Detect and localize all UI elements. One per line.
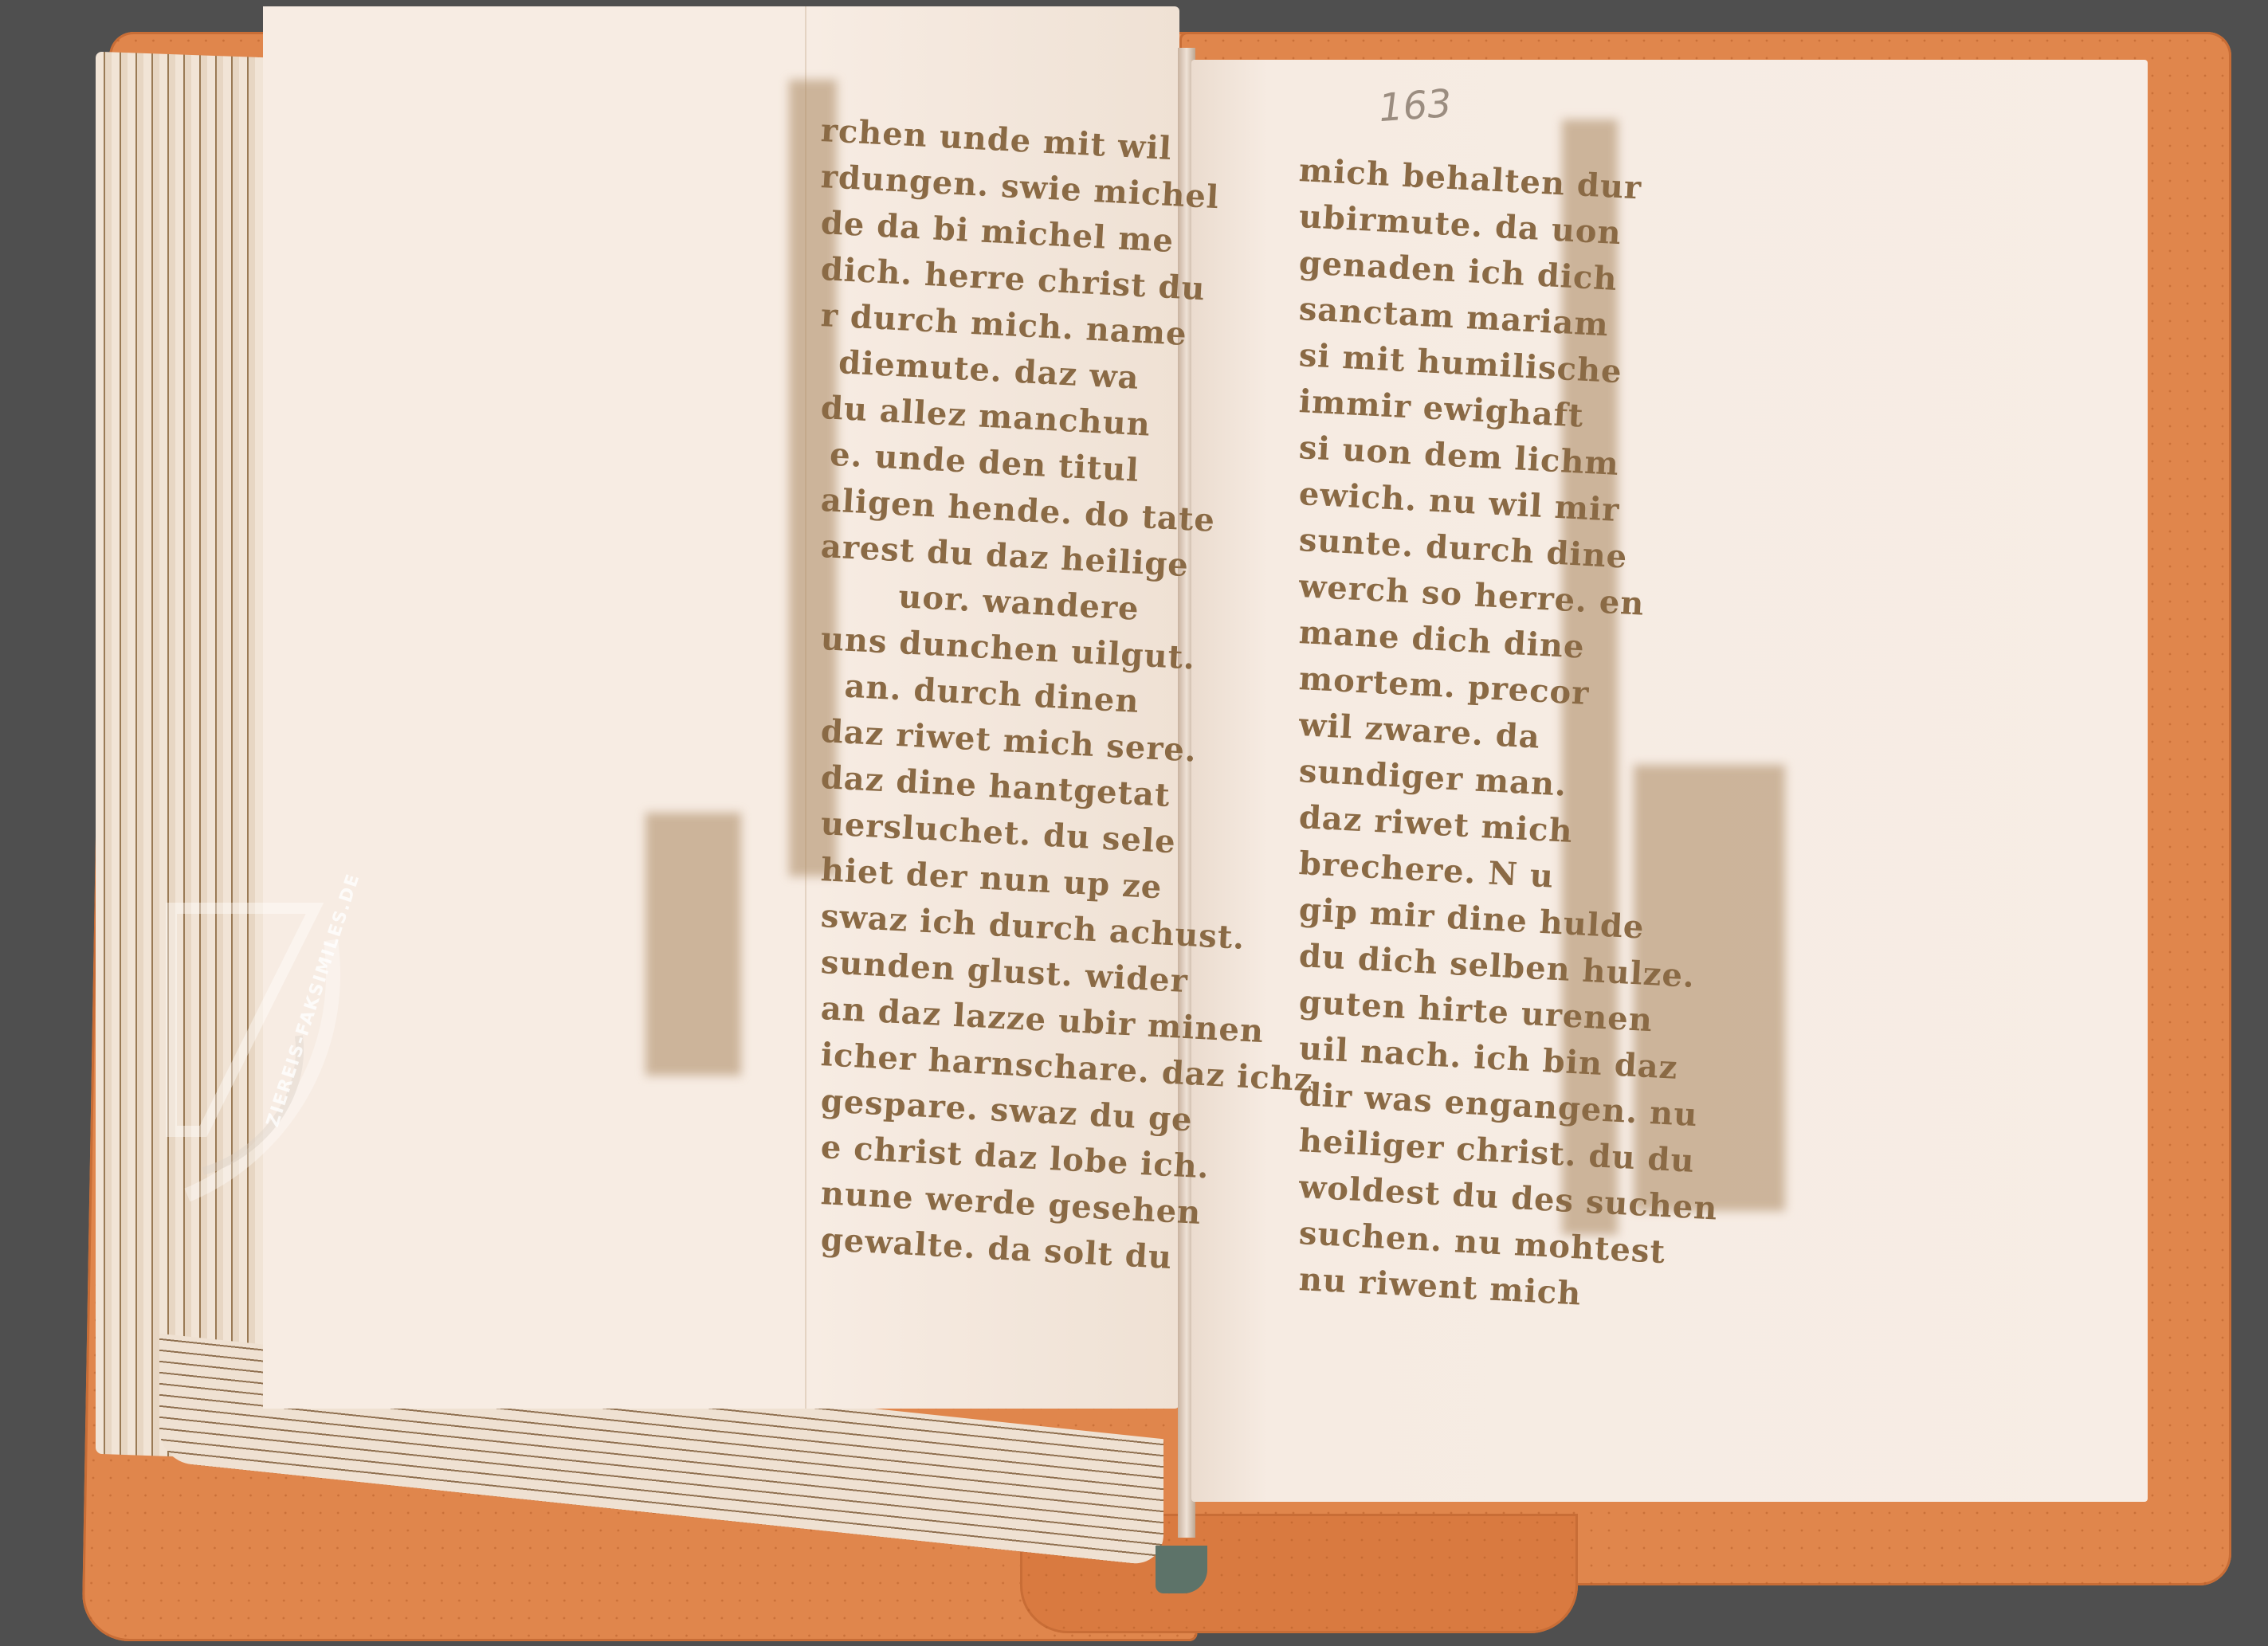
ziereis-logo-icon <box>155 892 379 1227</box>
right-page-text: mich behalten dur ubirmute. da uon genad… <box>1299 147 1713 1303</box>
left-page-damage-stain <box>645 813 741 1076</box>
left-page-text: rchen unde mit wil rdungen. swie michel … <box>821 108 1140 1263</box>
folio-number: 163 <box>1377 81 1453 131</box>
spine-cloth <box>1156 1546 1207 1593</box>
